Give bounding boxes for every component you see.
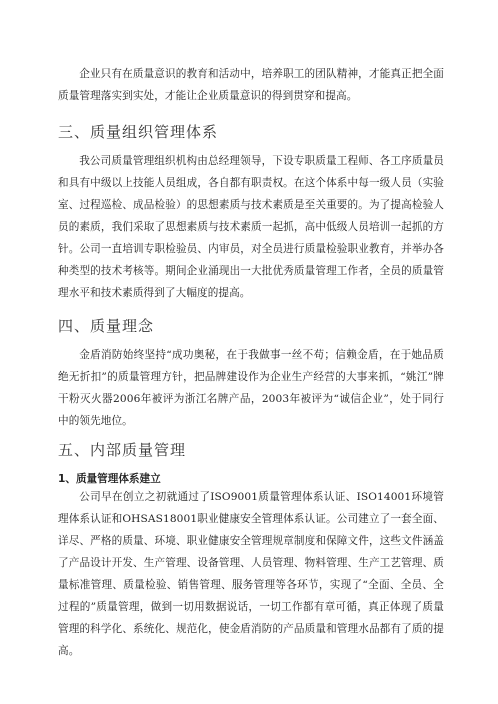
subsection-paragraph-quality-system-establishment: 公司早在创立之初就通过了ISO9001质量管理体系认证、ISO14001环境管理…: [58, 486, 444, 662]
section-paragraph-quality-organization: 我公司质量管理组织机构由总经理领导，下设专职质量工程师、各工序质量员和具有中级以…: [58, 150, 444, 304]
section-heading-internal-quality-management: 五、内部质量管理: [58, 439, 186, 460]
intro-paragraph: 企业只有在质量意识的教育和活动中，培养职工的团队精神，才能真正把全面质量管理落实…: [58, 63, 444, 107]
section-paragraph-quality-philosophy: 金盾消防始终坚持“成功奥秘，在于我做事一丝不苟；信赖金盾，在于她品质绝无折扣”的…: [58, 344, 444, 432]
section-heading-quality-philosophy: 四、质量理念: [58, 315, 154, 336]
subsection-heading-quality-system-establishment: 1、质量管理体系建立: [58, 471, 161, 486]
section-heading-quality-organization: 三、质量组织管理体系: [58, 121, 218, 142]
